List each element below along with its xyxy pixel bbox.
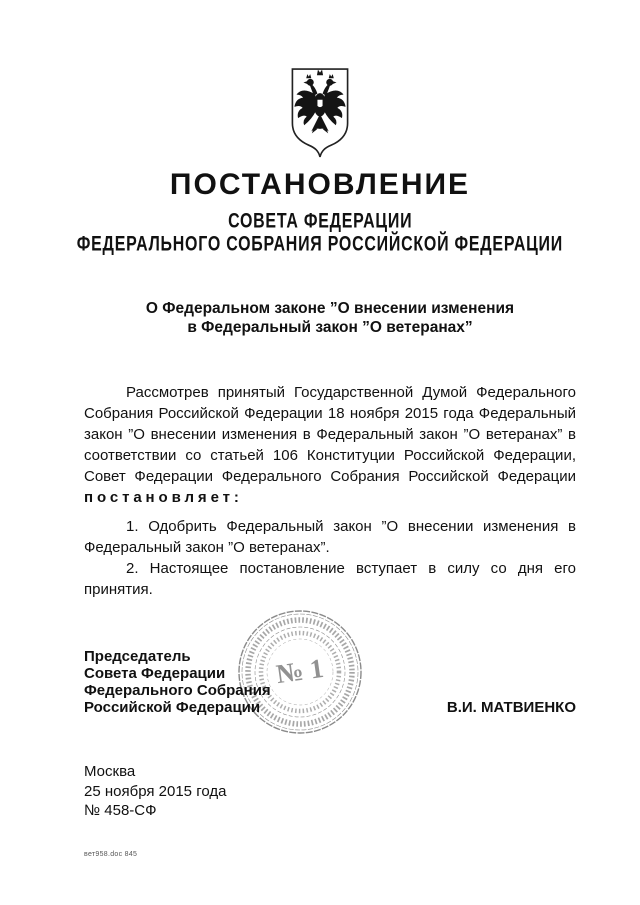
russian-coat-of-arms-icon [287, 66, 353, 160]
document-number: № 458-СФ [84, 801, 226, 821]
preamble-paragraph: Рассмотрев принятый Государственной Думо… [84, 382, 576, 508]
signer-position-line: Федерального Собрания [84, 682, 271, 699]
signer-position-line: Российской Федерации [84, 699, 271, 716]
subject-line1: О Федеральном законе ”О внесении изменен… [84, 299, 576, 318]
resolution-item-2: 2. Настоящее постановление вступает в си… [84, 558, 576, 600]
document-subject: О Федеральном законе ”О внесении изменен… [84, 299, 576, 337]
signer-position-line: Совета Федерации [84, 665, 271, 682]
document-title: ПОСТАНОВЛЕНИЕ [0, 168, 640, 202]
document-page: ПОСТАНОВЛЕНИЕ СОВЕТА ФЕДЕРАЦИИ ФЕДЕРАЛЬН… [0, 0, 640, 905]
coat-of-arms [0, 66, 640, 160]
signer-position: Председатель Совета Федерации Федерально… [84, 648, 271, 716]
signer-name: В.И. МАТВИЕНКО [447, 699, 576, 716]
preamble-text: Рассмотрев принятый Государственной Думо… [84, 384, 576, 485]
resolution-item-1: 1. Одобрить Федеральный закон ”О внесени… [84, 516, 576, 558]
signer-position-line: Председатель [84, 648, 271, 665]
issuance-place: Москва [84, 762, 226, 782]
subject-line2: в Федеральный закон ”О ветеранах” [84, 318, 576, 337]
issuance-date: 25 ноября 2015 года [84, 782, 226, 802]
signature-block: Председатель Совета Федерации Федерально… [84, 648, 576, 716]
file-reference-note: вет958.doc 845 [84, 851, 137, 858]
document-body: Рассмотрев принятый Государственной Думо… [84, 382, 576, 600]
org-name-line1: СОВЕТА ФЕДЕРАЦИИ [0, 209, 640, 233]
org-name-line2: ФЕДЕРАЛЬНОГО СОБРАНИЯ РОССИЙСКОЙ ФЕДЕРАЦ… [0, 232, 640, 256]
issuance-block: Москва 25 ноября 2015 года № 458-СФ [84, 762, 226, 821]
resolves-keyword: постановляет: [84, 489, 243, 506]
